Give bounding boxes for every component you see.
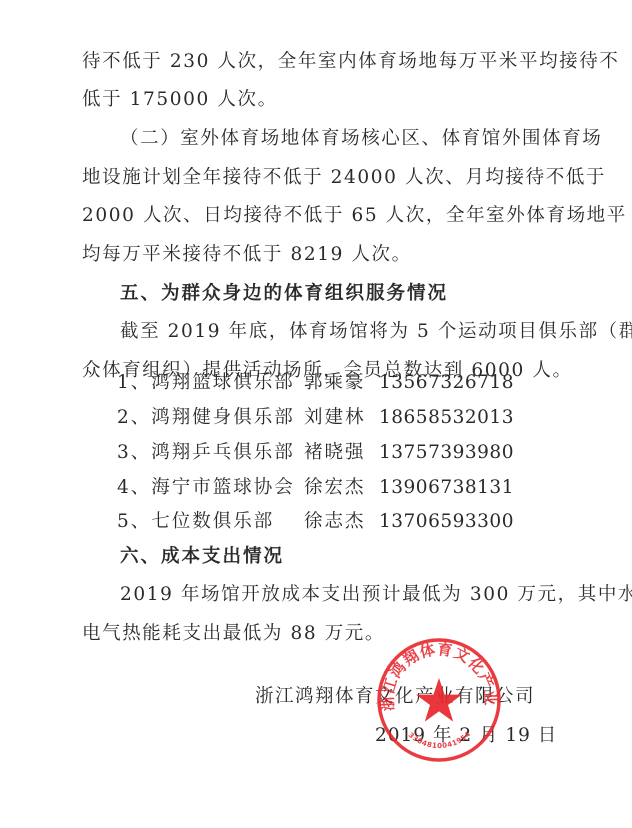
paragraph-line: 2019 年场馆开放成本支出预计最低为 300 万元，其中水 bbox=[120, 583, 558, 607]
club-phone: 13706593300 bbox=[379, 510, 514, 534]
club-name: 5、七位数俱乐部 bbox=[117, 510, 274, 534]
club-name: 2、鸿翔健身俱乐部 bbox=[117, 406, 295, 430]
paragraph-line: 2000 人次、日均接待不低于 65 人次，全年室外体育场地平 bbox=[82, 204, 558, 228]
section-heading: 六、成本支出情况 bbox=[120, 545, 558, 569]
club-name: 4、海宁市篮球协会 bbox=[117, 476, 295, 500]
star-icon bbox=[416, 678, 462, 722]
paragraph-line: 地设施计划全年接待不低于 24000 人次、月均接待不低于 bbox=[82, 166, 558, 190]
svg-text:3304810041954: 3304810041954 bbox=[407, 730, 473, 750]
club-contact: 徐志杰 bbox=[304, 510, 366, 534]
paragraph-line: 均每万平米接待不低于 8219 人次。 bbox=[82, 243, 558, 267]
club-contact: 郭乘豪 bbox=[304, 371, 366, 395]
club-phone: 13757393980 bbox=[379, 441, 514, 465]
paragraph-line: 低于 175000 人次。 bbox=[82, 88, 558, 112]
club-contact: 徐宏杰 bbox=[304, 476, 366, 500]
club-phone: 13567326718 bbox=[379, 371, 514, 395]
section-heading: 五、为群众身边的体育组织服务情况 bbox=[120, 282, 558, 306]
company-seal-stamp: 浙江鸿翔体育文化产业有限公司 3304810041954 bbox=[375, 636, 503, 764]
stamp-code: 3304810041954 bbox=[407, 730, 473, 750]
club-name: 3、鸿翔乒乓俱乐部 bbox=[117, 441, 295, 465]
club-phone: 13906738131 bbox=[379, 476, 514, 500]
paragraph-line: （二）室外体育场地体育场核心区、体育馆外围体育场 bbox=[120, 127, 558, 151]
paragraph-line: 待不低于 230 人次，全年室内体育场地每万平米平均接待不 bbox=[82, 50, 558, 74]
club-phone: 18658532013 bbox=[379, 406, 514, 430]
club-name: 1、鸿翔篮球俱乐部 bbox=[117, 371, 295, 395]
club-contact: 褚晓强 bbox=[304, 441, 366, 465]
paragraph-line: 截至 2019 年底，体育场馆将为 5 个运动项目俱乐部（群 bbox=[120, 320, 558, 344]
club-contact: 刘建林 bbox=[304, 406, 366, 430]
